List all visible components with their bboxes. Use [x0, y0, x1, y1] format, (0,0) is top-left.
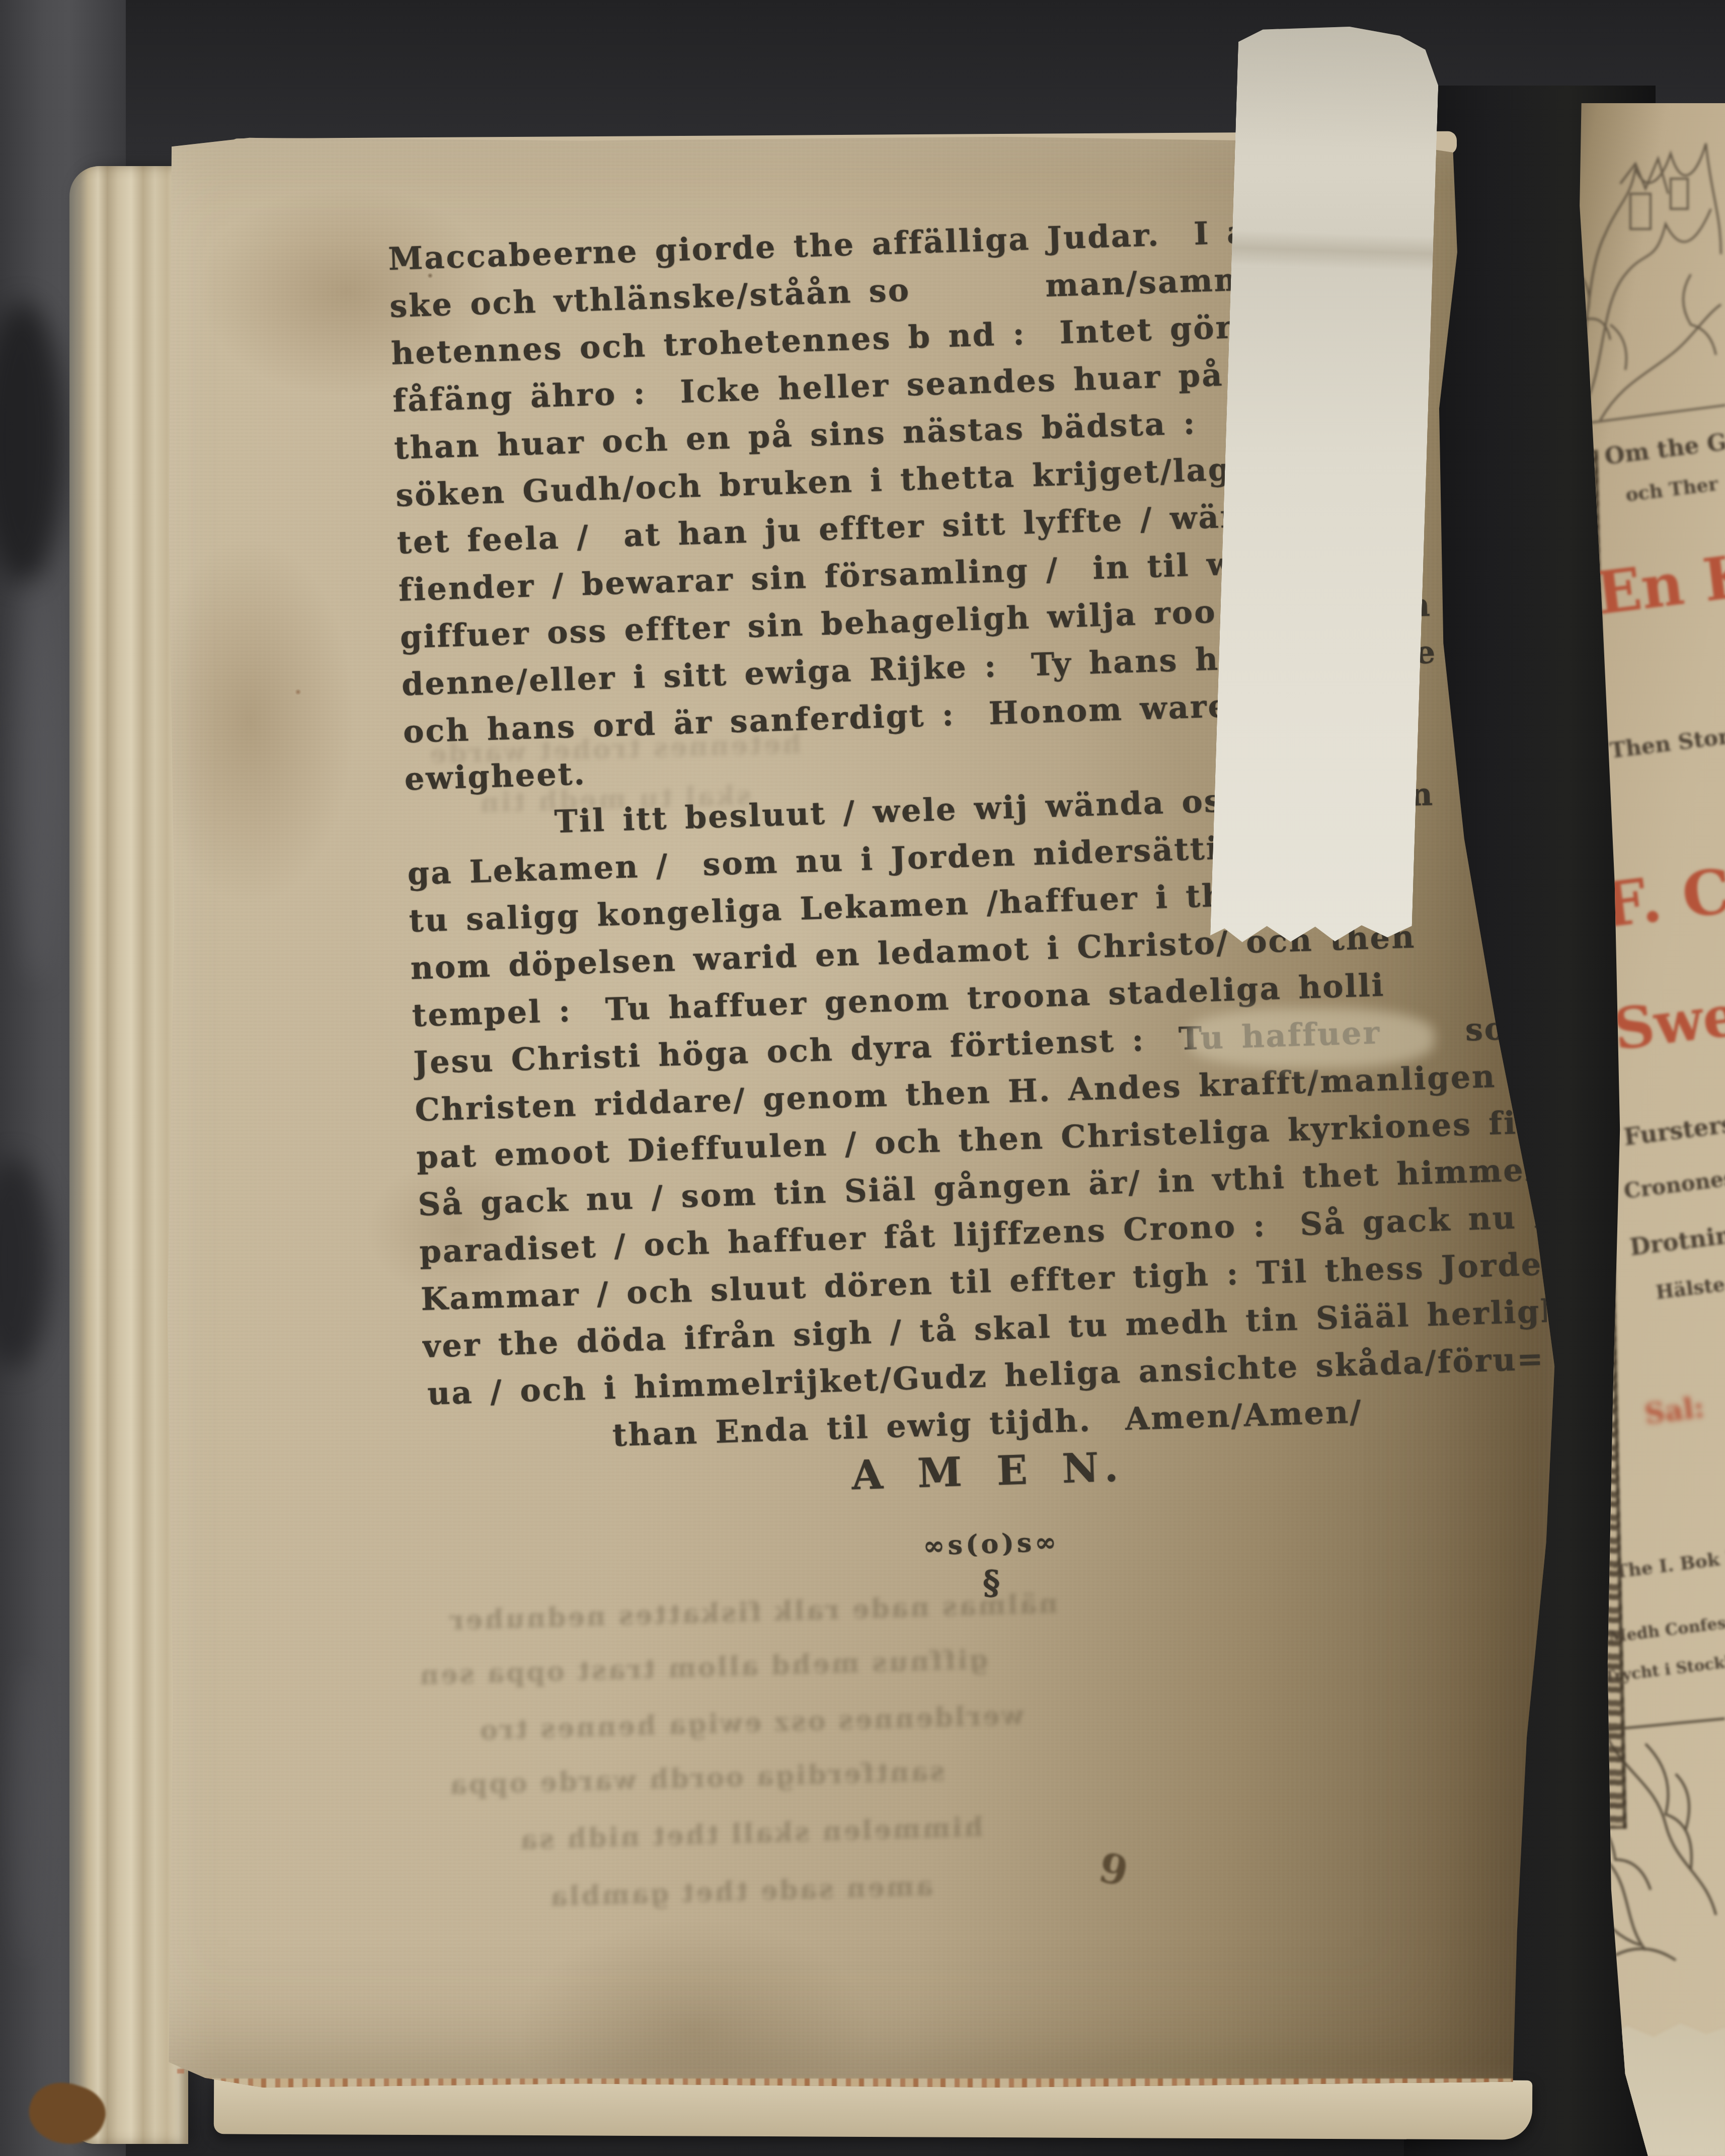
title-fragment: och Ther: [1624, 473, 1719, 506]
bookmark-crease: [1231, 229, 1434, 271]
title-fragment: Hälste: [1655, 1273, 1725, 1303]
title-fragment: Then Storm: [1608, 721, 1725, 763]
title-fragment: Medh Confession: [1608, 1608, 1725, 1646]
woodcut-headpiece: [1570, 123, 1725, 435]
title-fragment-red: Sal:: [1642, 1391, 1706, 1431]
book-photo-scene: Om the G och Ther En Kor Then Storm F. C…: [0, 0, 1725, 2156]
bookmark-top-shading: [1235, 23, 1440, 151]
paper-abrasion-patch: [1188, 1008, 1434, 1068]
title-fragment: Fursters/ C: [1622, 1106, 1725, 1151]
title-fragment-red: En Kor: [1593, 532, 1725, 628]
title-fragment: Drotning: S: [1628, 1215, 1725, 1262]
title-fragment-red: F. CH: [1599, 847, 1725, 942]
title-fragment: Cronones uth: [1622, 1160, 1725, 1203]
title-fragment: The I. Bok I. S: [1614, 1544, 1725, 1582]
backdrop-light-streak: [10, 1661, 50, 1963]
paper-bookmark-slip[interactable]: [1209, 23, 1440, 968]
title-fragment-red: Sweri: [1610, 976, 1725, 1063]
backdrop-light-streak: [15, 579, 60, 981]
